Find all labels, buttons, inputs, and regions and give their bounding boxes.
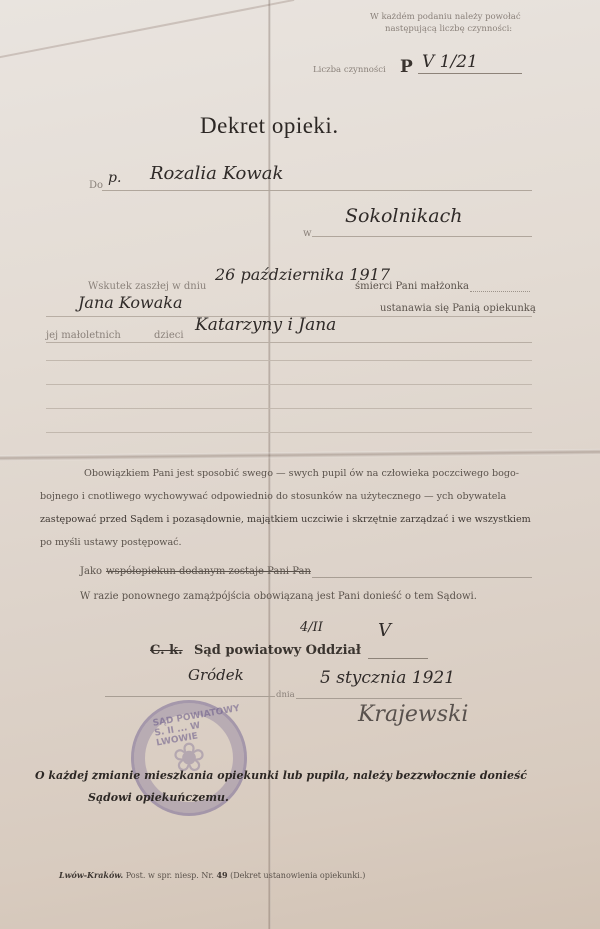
paper-fold-vertical — [268, 0, 271, 929]
blank-line-1 — [46, 360, 532, 361]
appointment-text: ustanawia się Panią opiekunką — [380, 303, 536, 314]
spouse-dotline — [470, 291, 530, 292]
court-date: 5 stycznia 1921 — [320, 668, 455, 688]
addressee-line — [102, 190, 532, 191]
form-description: (Dekret ustanowienia opiekunki.) — [230, 871, 365, 880]
court-division-number: V — [378, 620, 391, 641]
p3-line — [312, 577, 532, 578]
blank-line-4 — [46, 432, 532, 433]
p2-line2: bojnego i cnotliwego wychowywać odpowied… — [40, 491, 506, 502]
court-date-line — [296, 698, 462, 699]
case-number-underline — [418, 73, 522, 74]
children-label: dzieci — [154, 330, 184, 341]
place-label: w — [303, 228, 312, 239]
court-place: Gródek — [188, 666, 244, 684]
footer-text: Post. w spr. niesp. Nr. — [126, 871, 214, 880]
division-line — [368, 658, 428, 659]
court-label: Sąd powiatowy Oddział — [194, 643, 361, 658]
blank-line-2 — [46, 384, 532, 385]
p1-text-after-date: śmierci Pani małżonka — [355, 281, 469, 292]
case-number-prefix: P — [400, 57, 413, 77]
print-footer: Lwów-Kraków. Post. w spr. niesp. Nr. 49 … — [59, 870, 365, 880]
addressee-name: Rozalia Kowak — [150, 163, 283, 184]
addressee-place: Sokolnikach — [345, 205, 463, 227]
court-annotation: 4/II — [300, 620, 323, 635]
printer-name: Lwów-Kraków. — [59, 870, 123, 880]
header-note-line1: W każdém podaniu należy powołać — [370, 12, 521, 22]
notice-line2: Sądowi opiekuńczemu. — [88, 791, 229, 804]
spouse-name: Jana Kowaka — [78, 293, 183, 312]
date-label: dnia — [276, 690, 295, 700]
paper-fold-horizontal — [0, 449, 600, 461]
p2-line4: po myśli ustawy postępować. — [40, 537, 182, 548]
place-line — [312, 236, 532, 237]
addressee-salutation: p. — [108, 170, 121, 186]
p2-line3: zastępować przed Sądem i pozasądownie, m… — [40, 514, 531, 525]
court-label-struck: C. k. — [150, 643, 183, 658]
p3-struck-text: współopiekun dodanym zostaje Pani Pan — [106, 566, 311, 577]
p3-prefix: Jako — [80, 566, 102, 577]
case-number-value: V 1/21 — [422, 52, 478, 72]
form-number: 49 — [216, 870, 227, 880]
children-line — [46, 342, 532, 343]
addressee-label: Do — [89, 180, 103, 191]
header-note-line2: następującą liczbę czynności: — [385, 24, 512, 34]
p2-line1: Obowiązkiem Pani jest sposobić swego — s… — [84, 468, 519, 479]
p1-text-before-date: Wskutek zaszłej w dniu — [88, 281, 206, 292]
p4-text: W razie ponownego zamążpójścia obowiązan… — [80, 591, 477, 602]
paper-fold — [0, 0, 294, 62]
notice-line1: O każdej zmianie mieszkania opiekunki lu… — [35, 769, 527, 782]
children-names: Katarzyny i Jana — [195, 315, 336, 335]
blank-line-3 — [46, 408, 532, 409]
minor-label: jej małoletnich — [46, 330, 121, 341]
document-title: Dekret opieki. — [200, 113, 339, 139]
judge-signature: Krajewski — [358, 702, 468, 727]
case-number-label: Liczba czynności — [313, 65, 386, 75]
place-date-line — [105, 696, 275, 697]
